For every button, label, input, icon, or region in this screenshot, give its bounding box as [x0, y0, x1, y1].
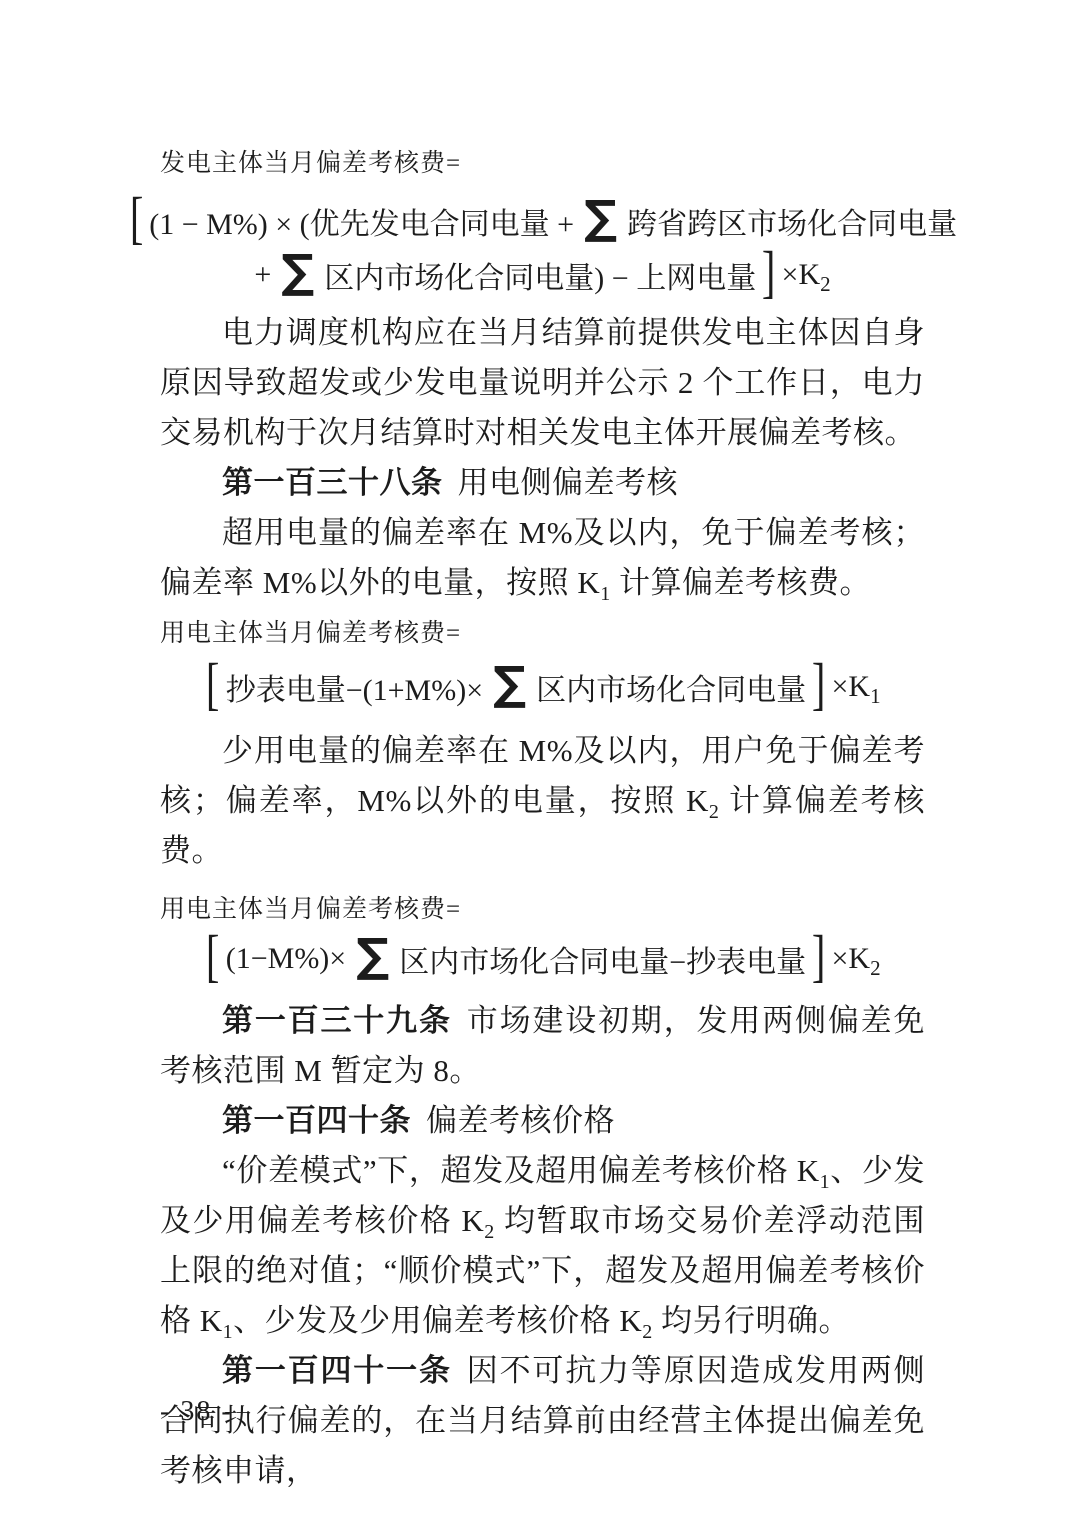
formula-text: 区内市场化合同电量) − 上网电量 — [324, 253, 756, 297]
left-bracket: [ — [206, 927, 220, 991]
formula-coefficient: ×K2 — [782, 258, 831, 292]
left-bracket: [ — [206, 655, 220, 719]
formula-text: 区内市场化合同电量 — [536, 665, 806, 709]
paragraph-text: 均另行明确。 — [653, 1303, 850, 1338]
k-subscript: 2 — [709, 801, 720, 823]
paragraph-price-rule: “价差模式”下，超发及超用偏差考核价格 K1、少发及少用偏差考核价格 K2 均暂… — [160, 1146, 925, 1346]
gen-fee-formula-line2: + ∑ 区内市场化合同电量) − 上网电量 ] ×K2 — [252, 248, 832, 302]
left-bracket: [ — [130, 189, 144, 253]
k-subscript: 1 — [223, 1321, 234, 1343]
paragraph-text: 、少发及少用偏差考核价格 K — [233, 1303, 642, 1338]
summation-symbol: ∑ — [493, 660, 526, 714]
summation-symbol: ∑ — [281, 248, 314, 302]
gen-fee-formula-line1: [ (1 − M%) × (优先发电合同电量 + ∑ 跨省跨区市场化合同电量 — [126, 194, 959, 248]
article-139-paragraph: 第一百三十九条市场建设初期，发用两侧偏差免考核范围 M 暂定为 8。 — [160, 996, 925, 1096]
use-fee-formula-label-1: 用电主体当月偏差考核费= — [160, 618, 925, 650]
document-page: 发电主体当月偏差考核费= [ (1 − M%) × (优先发电合同电量 + ∑ … — [0, 0, 1080, 1527]
article-138-heading: 第一百三十八条用电侧偏差考核 — [160, 458, 925, 508]
formula-text: 抄表电量−(1+M%)× — [226, 665, 483, 709]
use-overuse-formula: [ 抄表电量−(1+M%)× ∑ 区内市场化合同电量 ] ×K1 — [160, 656, 925, 718]
summation-symbol: ∑ — [356, 932, 389, 986]
right-bracket: ] — [762, 243, 776, 307]
paragraph-overuse-rule: 超用电量的偏差率在 M%及以内，免于偏差考核；偏差率 M%以外的电量，按照 K1… — [160, 508, 925, 608]
formula-text: 区内市场化合同电量−抄表电量 — [399, 937, 806, 981]
k-subscript: 2 — [642, 1321, 653, 1343]
article-140-heading: 第一百四十条偏差考核价格 — [160, 1096, 925, 1146]
k-subscript: 1 — [820, 1171, 831, 1193]
paragraph-text: 计算偏差考核费。 — [611, 565, 871, 600]
gen-fee-formula-label: 发电主体当月偏差考核费= — [160, 148, 925, 180]
k-subscript: 2 — [484, 1221, 495, 1243]
formula-text: 跨省跨区市场化合同电量 — [627, 199, 957, 243]
right-bracket: ] — [812, 927, 826, 991]
formula-coefficient: ×K2 — [832, 942, 881, 976]
formula-coefficient: ×K1 — [832, 670, 881, 704]
paragraph-underuse-rule: 少用电量的偏差率在 M%及以内，用户免于偏差考核；偏差率，M%以外的电量，按照 … — [160, 726, 925, 876]
summation-symbol: ∑ — [584, 194, 617, 248]
article-141-paragraph: 第一百四十一条因不可抗力等原因造成发用两侧合同执行偏差的，在当月结算前由经营主体… — [160, 1346, 925, 1496]
k-subscript: 2 — [870, 956, 881, 980]
formula-text: + — [254, 258, 271, 292]
article-number: 第一百四十条 — [222, 1103, 411, 1138]
use-underuse-formula-line: [ (1−M%)× ∑ 区内市场化合同电量−抄表电量 ] ×K2 — [202, 928, 882, 990]
use-fee-formula-label-2: 用电主体当月偏差考核费= — [160, 894, 925, 926]
gen-fee-formula: [ (1 − M%) × (优先发电合同电量 + ∑ 跨省跨区市场化合同电量 +… — [160, 194, 925, 302]
k-subscript: 1 — [870, 684, 881, 708]
formula-text: (1−M%)× — [226, 942, 346, 976]
formula-text: (1 − M%) × (优先发电合同电量 + — [149, 199, 574, 243]
article-title: 偏差考核价格 — [426, 1103, 615, 1138]
k-subscript: 1 — [600, 583, 611, 605]
use-overuse-formula-line: [ 抄表电量−(1+M%)× ∑ 区内市场化合同电量 ] ×K1 — [202, 656, 882, 718]
right-bracket: ] — [812, 655, 826, 719]
use-underuse-formula: [ (1−M%)× ∑ 区内市场化合同电量−抄表电量 ] ×K2 — [160, 928, 925, 990]
article-number: 第一百三十八条 — [222, 465, 443, 500]
article-number: 第一百三十九条 — [222, 1003, 452, 1038]
paragraph-dispatch-notice: 电力调度机构应在当月结算前提供发电主体因自身原因导致超发或少发电量说明并公示 2… — [160, 308, 925, 458]
k-subscript: 2 — [820, 272, 831, 296]
article-number: 第一百四十一条 — [222, 1353, 452, 1388]
page-number: - 38 - — [160, 1396, 233, 1428]
paragraph-text: “价差模式”下，超发及超用偏差考核价格 K — [222, 1153, 820, 1188]
article-title: 用电侧偏差考核 — [458, 465, 679, 500]
